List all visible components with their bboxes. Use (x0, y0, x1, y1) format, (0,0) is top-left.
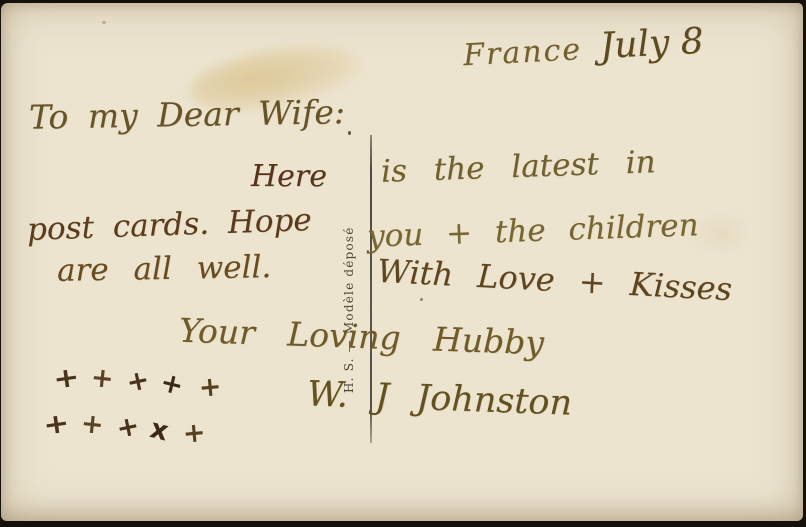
printers-mark-text: H. S. — Modèle déposé (342, 175, 356, 393)
postcard-scan: H. S. — Modèle déposé FranceJuly 8 To my… (0, 0, 806, 527)
closing-line: Your Loving Hubby (178, 311, 544, 363)
dateline-place: France (462, 32, 583, 73)
salutation: To my Dear Wife: (29, 92, 346, 137)
paper-stain (691, 213, 751, 253)
kiss-mark: x (147, 413, 171, 447)
message-line1-left: Here (251, 159, 327, 194)
dateline: FranceJuly 8 (462, 21, 705, 75)
kiss-marks-row-2: +++x+ (45, 409, 218, 440)
kiss-mark: + (157, 367, 186, 403)
kiss-mark: + (89, 362, 115, 395)
message-line2-right: you + the children (366, 207, 699, 255)
message-line3-left: are all well. (57, 249, 272, 289)
signature: W. J Johnston (306, 374, 572, 423)
message-line3-right: With Love + Kisses (376, 252, 733, 309)
ink-speck (420, 298, 423, 301)
ink-speck (348, 131, 351, 135)
kiss-mark: + (182, 417, 207, 450)
kiss-mark: + (79, 408, 105, 441)
kiss-mark: + (41, 407, 71, 441)
kiss-marks-row-1: +++++ (55, 363, 233, 394)
kiss-mark: + (51, 361, 81, 395)
message-line1-right: is the latest in (380, 144, 656, 190)
message-line2-left: post cards. Hope (26, 202, 312, 248)
dateline-date: July 8 (599, 21, 705, 67)
kiss-mark: + (124, 364, 153, 399)
paper-speck (102, 21, 106, 24)
kiss-mark: + (114, 410, 143, 445)
kiss-mark: + (197, 371, 222, 404)
postcard-paper: H. S. — Modèle déposé FranceJuly 8 To my… (1, 3, 803, 521)
